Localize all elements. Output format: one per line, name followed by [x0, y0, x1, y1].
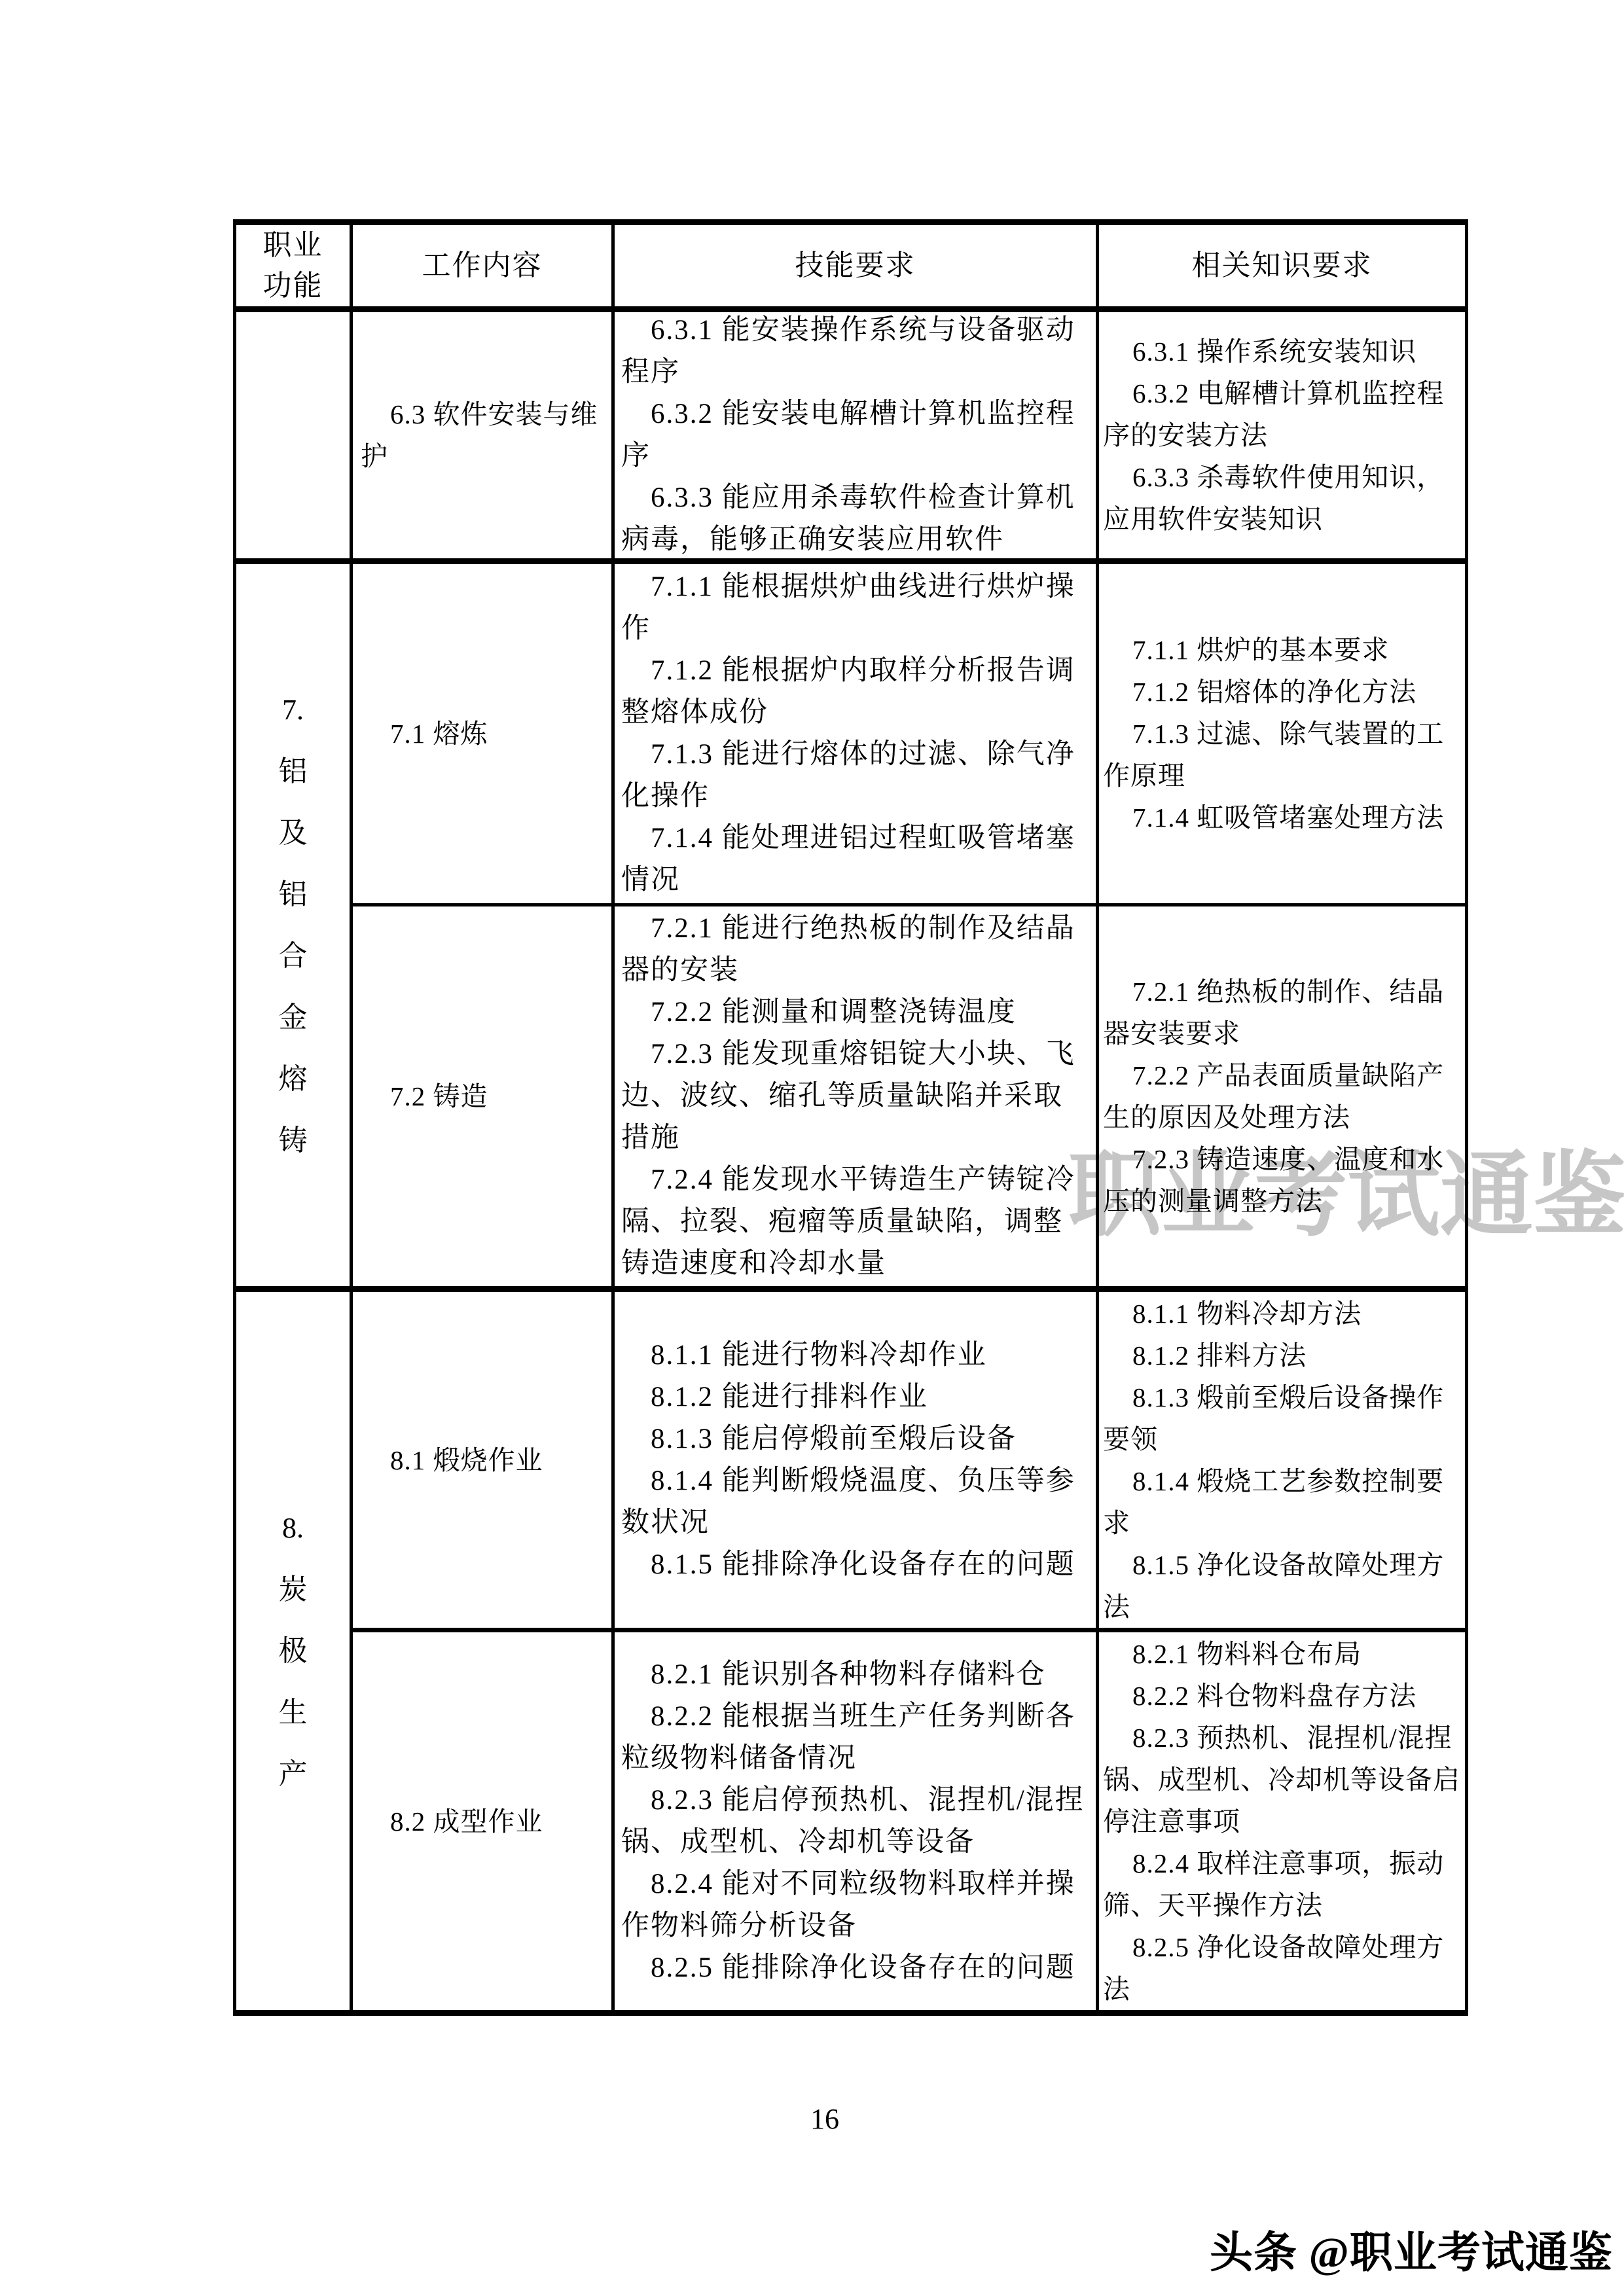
- knowledge-cell-7-2: 7.2.1 绝热板的制作、结晶器安装要求 7.2.2 产品表面质量缺陷产生的原因…: [1099, 906, 1465, 1292]
- skill-item: 8.1.2 能进行排料作业: [621, 1376, 1089, 1418]
- header-skill-requirements: 技能要求: [615, 225, 1099, 312]
- knowledge-item: 8.2.3 预热机、混捏机/混捏锅、成型机、冷却机等设备启停注意事项: [1103, 1717, 1461, 1842]
- knowledge-cell-8-1: 8.1.1 物料冷却方法 8.1.2 排料方法 8.1.3 煅前至煅后设备操作要…: [1099, 1292, 1465, 1632]
- knowledge-item: 6.3.2 电解槽计算机监控程序的安装方法: [1103, 372, 1461, 456]
- knowledge-item: 6.3.1 操作系统安装知识: [1103, 331, 1461, 372]
- knowledge-item: 8.2.4 取样注意事项，振动筛、天平操作方法: [1103, 1842, 1461, 1926]
- skill-item: 7.2.1 能进行绝热板的制作及结晶器的安装: [621, 908, 1089, 992]
- skill-standard-table: 职业功能 工作内容 技能要求 相关知识要求 6.3 软件安装与维护 6.3.1 …: [233, 219, 1468, 2016]
- skill-item: 8.2.1 能识别各种物料存储料仓: [621, 1654, 1089, 1696]
- skill-item: 6.3.2 能安装电解槽计算机监控程序: [621, 393, 1089, 477]
- skill-item: 7.1.4 能处理进铝过程虹吸管堵塞情况: [621, 817, 1089, 901]
- document-page: { "page": { "number": "16", "watermark_c…: [0, 0, 1624, 2296]
- knowledge-item: 8.2.2 料仓物料盘存方法: [1103, 1675, 1461, 1717]
- knowledge-item: 8.1.5 净化设备故障处理方法: [1103, 1544, 1461, 1628]
- knowledge-item: 7.2.2 产品表面质量缺陷产生的原因及处理方法: [1103, 1054, 1461, 1138]
- skills-cell-7-2: 7.2.1 能进行绝热板的制作及结晶器的安装 7.2.2 能测量和调整浇铸温度 …: [615, 906, 1099, 1292]
- knowledge-item: 7.1.3 过滤、除气装置的工作原理: [1103, 713, 1461, 797]
- header-occupational-function-label: 职业功能: [262, 225, 325, 306]
- work-cell-6-3: 6.3 软件安装与维护: [353, 312, 615, 564]
- skill-item: 8.1.1 能进行物料冷却作业: [621, 1335, 1089, 1376]
- knowledge-item: 7.1.4 虹吸管堵塞处理方法: [1103, 797, 1461, 838]
- bottom-watermark: 头条 @职业考试通鉴: [1210, 2217, 1613, 2280]
- function-label-7: 7.铝及铝合金熔铸: [279, 679, 308, 1172]
- knowledge-cell-6-3: 6.3.1 操作系统安装知识 6.3.2 电解槽计算机监控程序的安装方法 6.3…: [1099, 312, 1465, 564]
- header-knowledge-requirements-label: 相关知识要求: [1192, 245, 1373, 286]
- knowledge-item: 8.2.1 物料料仓布局: [1103, 1633, 1461, 1675]
- header-work-content: 工作内容: [353, 225, 615, 312]
- knowledge-item: 8.2.5 净化设备故障处理方法: [1103, 1926, 1461, 2010]
- knowledge-item: 7.1.2 铝熔体的净化方法: [1103, 671, 1461, 713]
- knowledge-item: 8.1.1 物料冷却方法: [1103, 1293, 1461, 1335]
- header-work-content-label: 工作内容: [422, 245, 543, 286]
- skill-item: 8.2.3 能启停预热机、混捏机/混捏锅、成型机、冷却机等设备: [621, 1780, 1089, 1863]
- work-label: 8.2 成型作业: [361, 1801, 605, 1842]
- work-cell-8-2: 8.2 成型作业: [353, 1632, 615, 2010]
- skills-cell-6-3: 6.3.1 能安装操作系统与设备驱动程序 6.3.2 能安装电解槽计算机监控程序…: [615, 312, 1099, 564]
- skill-item: 8.2.2 能根据当班生产任务判断各粒级物料储备情况: [621, 1696, 1089, 1780]
- function-label-8: 8.炭极生产: [279, 1498, 308, 1805]
- work-cell-7-1: 7.1 熔炼: [353, 564, 615, 906]
- function-cell-8-carbon-electrode-production: 8.炭极生产: [236, 1292, 353, 2010]
- knowledge-item: 7.2.1 绝热板的制作、结晶器安装要求: [1103, 971, 1461, 1054]
- skill-item: 8.1.4 能判断煅烧温度、负压等参数状况: [621, 1460, 1089, 1544]
- skill-item: 7.1.3 能进行熔体的过滤、除气净化操作: [621, 734, 1089, 817]
- skill-item: 8.2.5 能排除净化设备存在的问题: [621, 1947, 1089, 1989]
- skill-item: 6.3.1 能安装操作系统与设备驱动程序: [621, 312, 1089, 393]
- header-occupational-function: 职业功能: [236, 225, 353, 312]
- skills-cell-7-1: 7.1.1 能根据烘炉曲线进行烘炉操作 7.1.2 能根据炉内取样分析报告调整熔…: [615, 564, 1099, 906]
- skill-item: 7.2.3 能发现重熔铝锭大小块、飞边、波纹、缩孔等质量缺陷并采取措施: [621, 1033, 1089, 1159]
- skill-item: 8.2.4 能对不同粒级物料取样并操作物料筛分析设备: [621, 1863, 1089, 1947]
- knowledge-item: 8.1.4 煅烧工艺参数控制要求: [1103, 1460, 1461, 1544]
- skills-cell-8-2: 8.2.1 能识别各种物料存储料仓 8.2.2 能根据当班生产任务判断各粒级物料…: [615, 1632, 1099, 2010]
- knowledge-item: 6.3.3 杀毒软件使用知识，应用软件安装知识: [1103, 456, 1461, 540]
- work-label: 6.3 软件安装与维护: [361, 393, 605, 477]
- work-cell-8-1: 8.1 煅烧作业: [353, 1292, 615, 1632]
- knowledge-cell-8-2: 8.2.1 物料料仓布局 8.2.2 料仓物料盘存方法 8.2.3 预热机、混捏…: [1099, 1632, 1465, 2010]
- work-cell-7-2: 7.2 铸造: [353, 906, 615, 1292]
- knowledge-item: 7.2.3 铸造速度、温度和水压的测量调整方法: [1103, 1138, 1461, 1222]
- page-number: 16: [810, 2102, 839, 2136]
- skill-item: 7.1.2 能根据炉内取样分析报告调整熔体成份: [621, 650, 1089, 734]
- knowledge-item: 8.1.2 排料方法: [1103, 1335, 1461, 1376]
- skill-item: 7.2.4 能发现水平铸造生产铸锭冷隔、拉裂、疱瘤等质量缺陷，调整铸造速度和冷却…: [621, 1159, 1089, 1285]
- header-knowledge-requirements: 相关知识要求: [1099, 225, 1465, 312]
- work-label: 8.1 煅烧作业: [361, 1439, 605, 1481]
- function-cell-empty: [236, 312, 353, 564]
- skill-item: 6.3.3 能应用杀毒软件检查计算机病毒，能够正确安装应用软件: [621, 477, 1089, 561]
- knowledge-cell-7-1: 7.1.1 烘炉的基本要求 7.1.2 铝熔体的净化方法 7.1.3 过滤、除气…: [1099, 564, 1465, 906]
- header-skill-requirements-label: 技能要求: [795, 245, 916, 286]
- skill-item: 8.1.5 能排除净化设备存在的问题: [621, 1544, 1089, 1586]
- skill-item: 7.1.1 能根据烘炉曲线进行烘炉操作: [621, 566, 1089, 650]
- work-label: 7.1 熔炼: [361, 713, 605, 755]
- skill-item: 7.2.2 能测量和调整浇铸温度: [621, 992, 1089, 1033]
- skills-cell-8-1: 8.1.1 能进行物料冷却作业 8.1.2 能进行排料作业 8.1.3 能启停煅…: [615, 1292, 1099, 1632]
- knowledge-item: 8.1.3 煅前至煅后设备操作要领: [1103, 1376, 1461, 1460]
- function-cell-7-aluminum-melting-casting: 7.铝及铝合金熔铸: [236, 564, 353, 1292]
- skill-item: 8.1.3 能启停煅前至煅后设备: [621, 1418, 1089, 1460]
- knowledge-item: 7.1.1 烘炉的基本要求: [1103, 629, 1461, 671]
- work-label: 7.2 铸造: [361, 1075, 605, 1117]
